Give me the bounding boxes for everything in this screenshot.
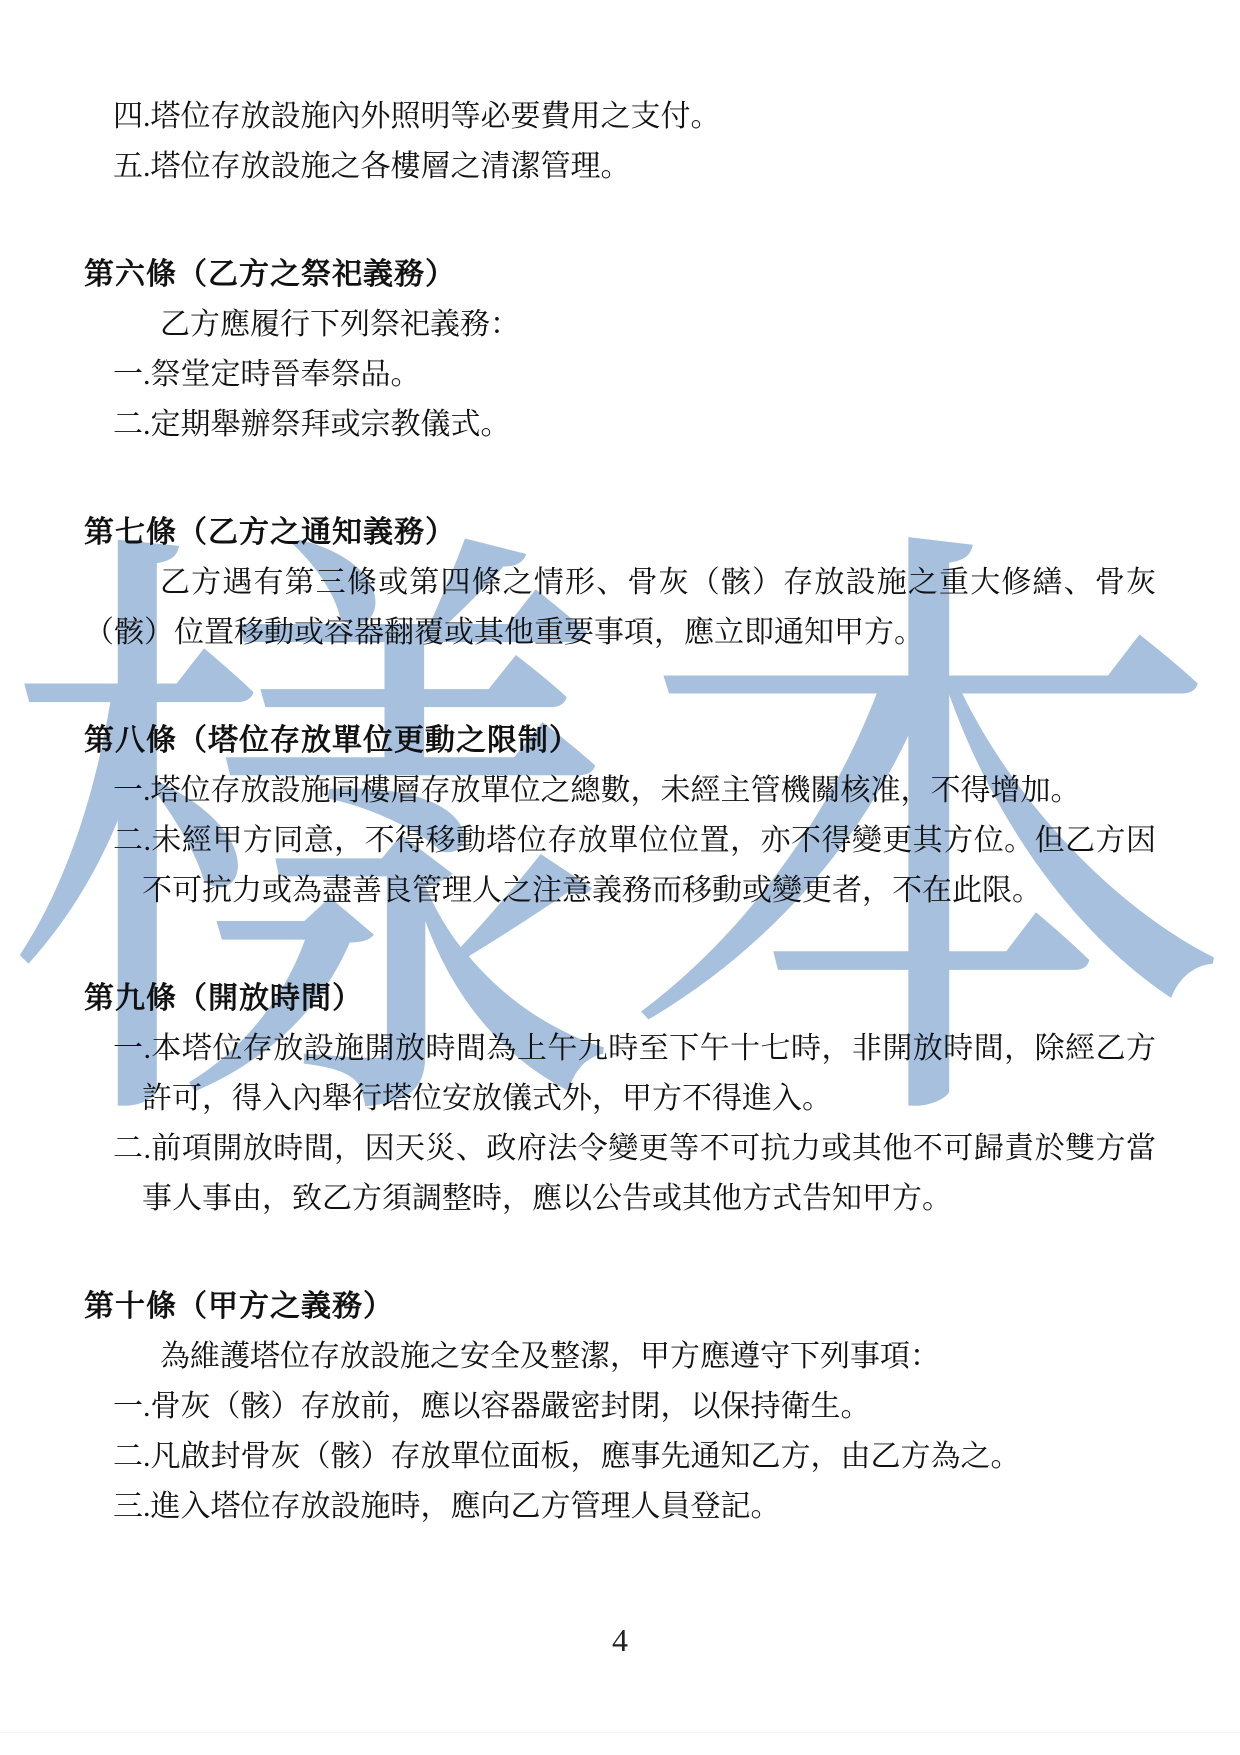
contract-item: 二.前項開放時間，因天災、政府法令變更等不可抗力或其他不可歸責於雙方當事人事由，… [142, 1124, 1156, 1224]
contract-item: 三.進入塔位存放設施時，應向乙方管理人員登記。 [142, 1482, 1156, 1532]
contract-paragraph: 乙方應履行下列祭祀義務： [84, 300, 1156, 350]
contract-item: 一.祭堂定時晉奉祭品。 [142, 350, 1156, 400]
contract-item: 一.骨灰（骸）存放前，應以容器嚴密封閉，以保持衛生。 [142, 1382, 1156, 1432]
contract-item: 四.塔位存放設施內外照明等必要費用之支付。 [142, 92, 1156, 142]
article-heading: 第六條（乙方之祭祀義務） [84, 250, 1156, 300]
contract-paragraph: 乙方遇有第三條或第四條之情形、骨灰（骸）存放設施之重大修繕、骨灰（骸）位置移動或… [84, 558, 1156, 658]
contract-item: 二.凡啟封骨灰（骸）存放單位面板，應事先通知乙方，由乙方為之。 [142, 1432, 1156, 1482]
page-number: 4 [0, 1620, 1240, 1660]
document-page: 樣本 四.塔位存放設施內外照明等必要費用之支付。 五.塔位存放設施之各樓層之清潔… [0, 0, 1240, 1755]
article-7: 第七條（乙方之通知義務） 乙方遇有第三條或第四條之情形、骨灰（骸）存放設施之重大… [84, 508, 1156, 658]
article-9: 第九條（開放時間） 一.本塔位存放設施開放時間為上午九時至下午十七時，非開放時間… [84, 974, 1156, 1224]
article-heading: 第十條（甲方之義務） [84, 1282, 1156, 1332]
article-heading: 第八條（塔位存放單位更動之限制） [84, 716, 1156, 766]
article-8: 第八條（塔位存放單位更動之限制） 一.塔位存放設施同樓層存放單位之總數，未經主管… [84, 716, 1156, 916]
contract-item: 二.定期舉辦祭拜或宗教儀式。 [142, 400, 1156, 450]
article-6: 第六條（乙方之祭祀義務） 乙方應履行下列祭祀義務： 一.祭堂定時晉奉祭品。 二.… [84, 250, 1156, 450]
contract-item: 一.塔位存放設施同樓層存放單位之總數，未經主管機關核准，不得增加。 [142, 766, 1156, 816]
contract-item: 二.未經甲方同意，不得移動塔位存放單位位置，亦不得變更其方位。但乙方因不可抗力或… [142, 816, 1156, 916]
article-10: 第十條（甲方之義務） 為維護塔位存放設施之安全及整潔，甲方應遵守下列事項： 一.… [84, 1282, 1156, 1532]
contract-item: 一.本塔位存放設施開放時間為上午九時至下午十七時，非開放時間，除經乙方許可，得入… [142, 1024, 1156, 1124]
article-heading: 第七條（乙方之通知義務） [84, 508, 1156, 558]
article-heading: 第九條（開放時間） [84, 974, 1156, 1024]
scan-artifact-line [0, 1732, 1240, 1733]
contract-paragraph: 為維護塔位存放設施之安全及整潔，甲方應遵守下列事項： [84, 1332, 1156, 1382]
document-body: 四.塔位存放設施內外照明等必要費用之支付。 五.塔位存放設施之各樓層之清潔管理。… [0, 0, 1240, 1532]
contract-item: 五.塔位存放設施之各樓層之清潔管理。 [142, 142, 1156, 192]
